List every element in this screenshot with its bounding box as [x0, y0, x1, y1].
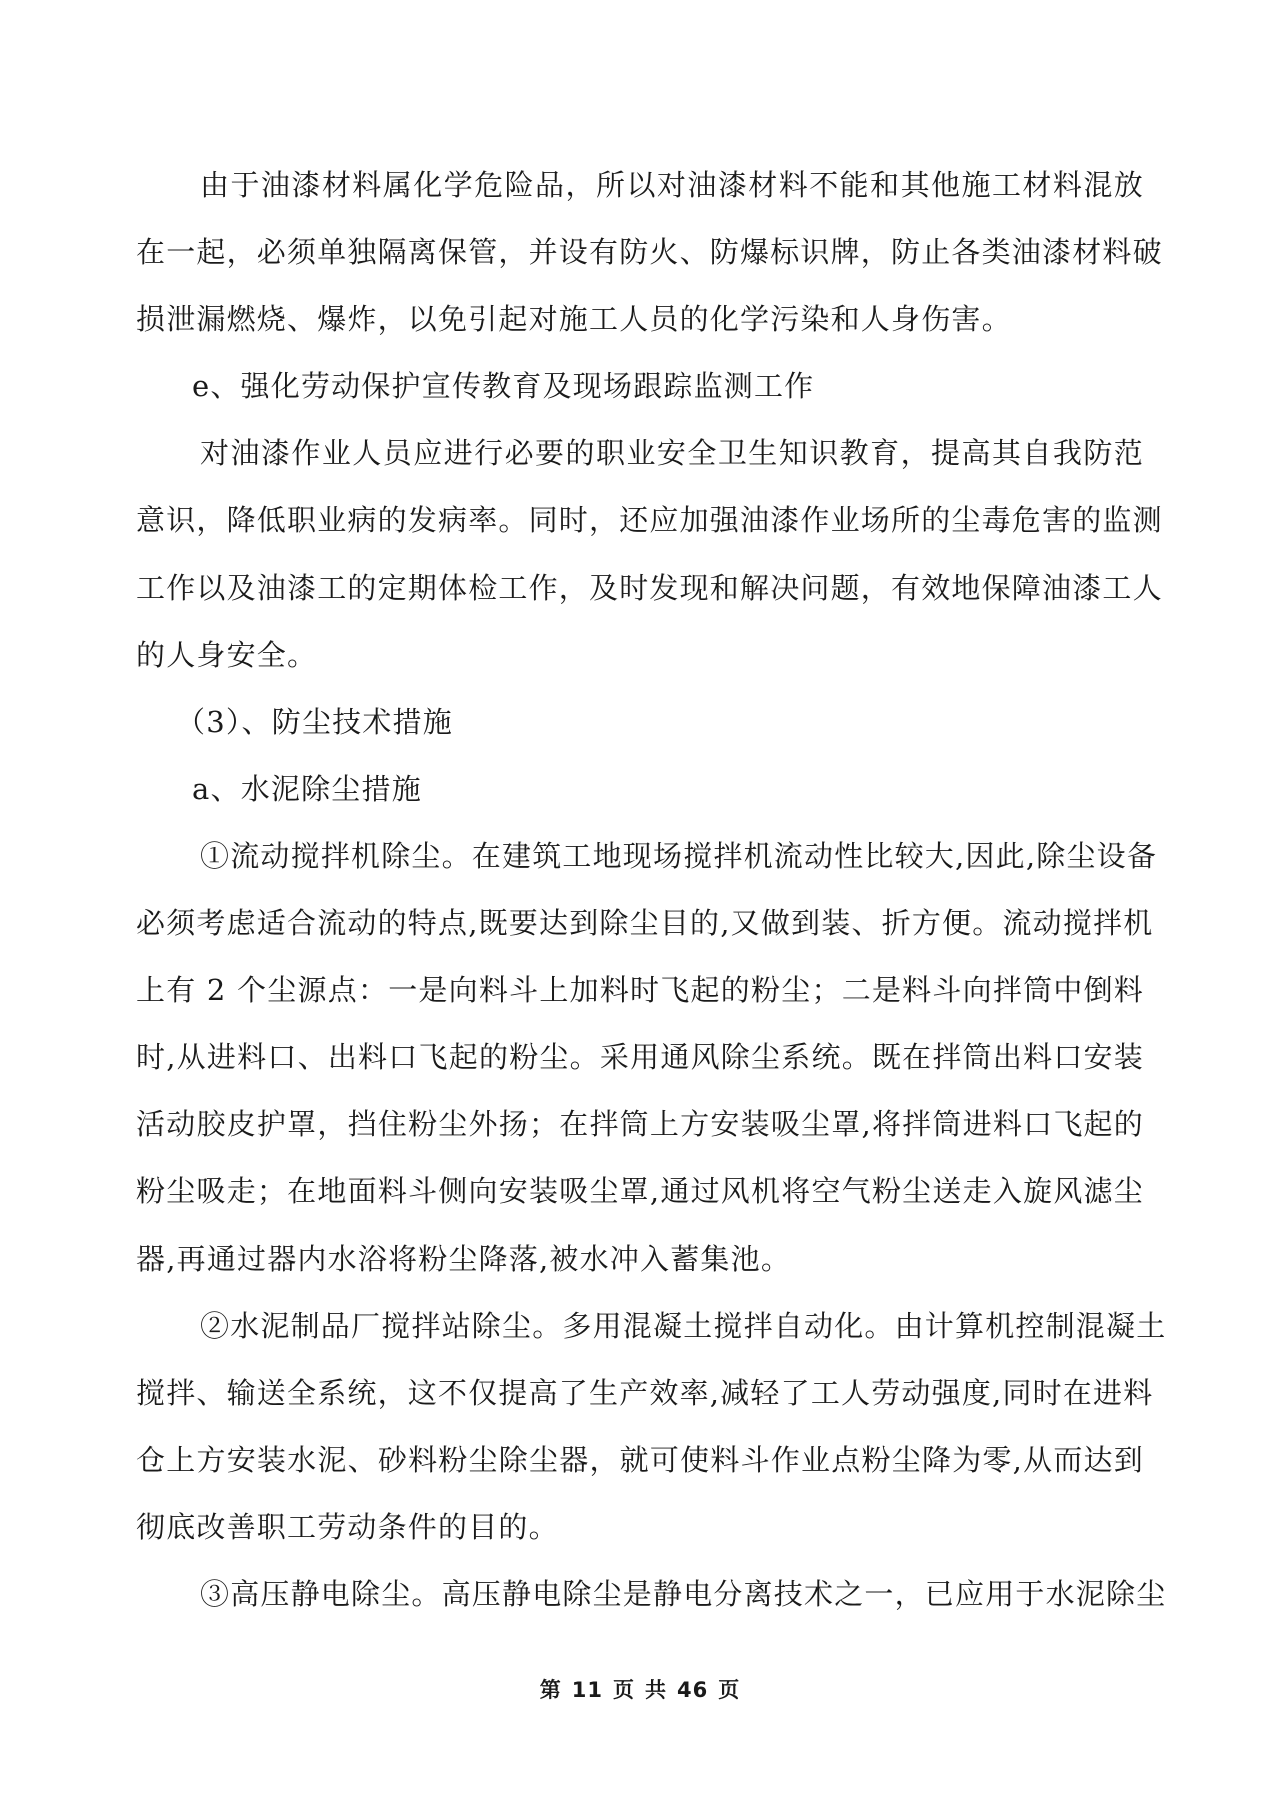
footer-page-unit: 页: [613, 1678, 635, 1702]
paragraph-line: 意识，降低职业病的发病率。同时，还应加强油漆作业场所的尘毒危害的监测: [136, 487, 1144, 554]
footer-total-label: 共: [645, 1678, 667, 1702]
paragraph-line: 工作以及油漆工的定期体检工作，及时发现和解决问题，有效地保障油漆工人: [136, 555, 1144, 622]
subsection-heading: a、水泥除尘措施: [136, 756, 1144, 823]
paragraph-line: 粉尘吸走；在地面料斗侧向安装吸尘罩,通过风机将空气粉尘送走入旋风滤尘: [136, 1158, 1144, 1225]
footer-prefix: 第: [540, 1678, 562, 1702]
paragraph-line: 搅拌、输送全系统，这不仅提高了生产效率,减轻了工人劳动强度,同时在进料: [136, 1360, 1144, 1427]
current-page-number: 11: [572, 1678, 603, 1702]
paragraph-line: ②水泥制品厂搅拌站除尘。多用混凝土搅拌自动化。由计算机控制混凝土: [136, 1293, 1144, 1360]
paragraph-line: 时,从进料口、出料口飞起的粉尘。采用通风除尘系统。既在拌筒出料口安装: [136, 1024, 1144, 1091]
paragraph-line: 必须考虑适合流动的特点,既要达到除尘目的,又做到装、折方便。流动搅拌机: [136, 890, 1144, 957]
paragraph-line: ③高压静电除尘。高压静电除尘是静电分离技术之一，已应用于水泥除尘: [136, 1561, 1144, 1628]
paragraph-line: ①流动搅拌机除尘。在建筑工地现场搅拌机流动性比较大,因此,除尘设备: [136, 823, 1144, 890]
subsection-heading: e、强化劳动保护宣传教育及现场跟踪监测工作: [136, 353, 1144, 420]
paragraph-line: 器,再通过器内水浴将粉尘降落,被水冲入蓄集池。: [136, 1226, 1144, 1293]
paragraph-line: 的人身安全。: [136, 622, 1144, 689]
paragraph-line: 仓上方安装水泥、砂料粉尘除尘器，就可使料斗作业点粉尘降为零,从而达到: [136, 1427, 1144, 1494]
footer-page-unit-end: 页: [718, 1678, 740, 1702]
document-page: 由于油漆材料属化学危险品，所以对油漆材料不能和其他施工材料混放 在一起，必须单独…: [0, 0, 1280, 1810]
paragraph-line: 损泄漏燃烧、爆炸，以免引起对施工人员的化学污染和人身伤害。: [136, 286, 1144, 353]
total-page-count: 46: [677, 1678, 708, 1702]
paragraph-line: 对油漆作业人员应进行必要的职业安全卫生知识教育，提高其自我防范: [136, 420, 1144, 487]
section-heading: （3）、防尘技术措施: [136, 689, 1144, 756]
paragraph-line: 彻底改善职工劳动条件的目的。: [136, 1494, 1144, 1561]
paragraph-line: 在一起，必须单独隔离保管，并设有防火、防爆标识牌，防止各类油漆材料破: [136, 219, 1144, 286]
page-footer: 第11页共46页: [0, 1674, 1280, 1704]
document-body: 由于油漆材料属化学危险品，所以对油漆材料不能和其他施工材料混放 在一起，必须单独…: [136, 152, 1144, 1628]
paragraph-line: 上有 2 个尘源点：一是向料斗上加料时飞起的粉尘；二是料斗向拌筒中倒料: [136, 957, 1144, 1024]
paragraph-line: 活动胶皮护罩，挡住粉尘外扬；在拌筒上方安装吸尘罩,将拌筒进料口飞起的: [136, 1091, 1144, 1158]
paragraph-line: 由于油漆材料属化学危险品，所以对油漆材料不能和其他施工材料混放: [136, 152, 1144, 219]
